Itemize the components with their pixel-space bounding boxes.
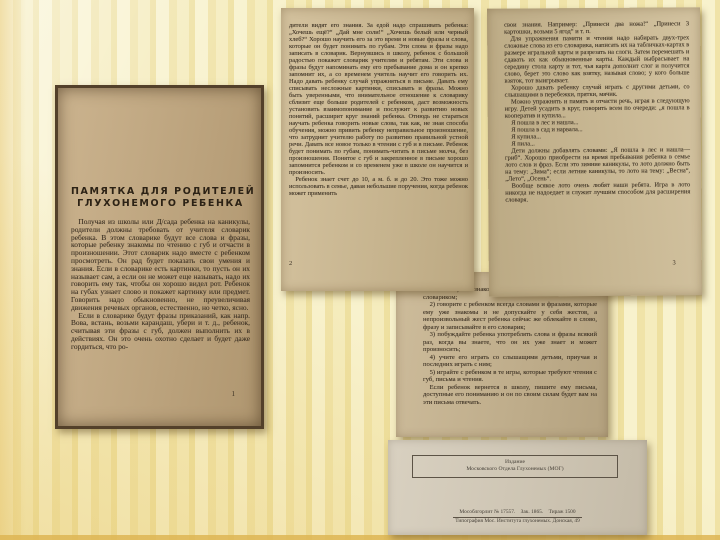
slide-canvas: Итак: 1) познакомьтесь хорошенько с клас… [0,0,720,540]
publisher-imprint-box: Издание Московского Отдела Глухонемых (М… [412,455,618,478]
cover-paper: ПАМЯТКА ДЛЯ РОДИТЕЛЕЙ ГЛУХОНЕМОГО РЕБЕНК… [58,88,261,426]
booklet-title-line1: ПАМЯТКА ДЛЯ РОДИТЕЛЕЙ [71,186,250,198]
page3-body-text: свои знания. Например: „Принеси два ножа… [504,20,690,203]
publisher-imprint-line2: Московского Отдела Глухонемых (МОГ) [417,466,613,473]
page2-number: 2 [289,260,292,267]
conclusions-body-text: Итак: 1) познакомьтесь хорошенько с клас… [423,286,597,406]
booklet-page-2: дители видят его знания. За едой надо сп… [281,8,474,291]
cover-body-text: Получая из школы или Д/сада ребенка на к… [71,218,250,351]
booklet-cover-page: ПАМЯТКА ДЛЯ РОДИТЕЛЕЙ ГЛУХОНЕМОГО РЕБЕНК… [55,85,264,429]
colophon-line1: Мособлгорлит № 17557. Зак. 1865. Тираж 1… [453,509,581,518]
booklet-back-cover: Издание Московского Отдела Глухонемых (М… [388,440,647,535]
booklet-page-conclusions: Итак: 1) познакомьтесь хорошенько с клас… [396,272,608,437]
page3-number: 3 [673,259,676,266]
cover-page-number: 1 [232,390,236,398]
page2-body-text: дители видят его знания. За едой надо сп… [289,22,468,197]
booklet-page-3: свои знания. Например: „Принеси два ножа… [487,7,702,296]
print-colophon: Мособлгорлит № 17557. Зак. 1865. Тираж 1… [388,500,647,525]
publisher-imprint-line1: Издание [417,459,613,466]
booklet-title-line2: ГЛУХОНЕМОГО РЕБЕНКА [71,198,250,210]
booklet-title: ПАМЯТКА ДЛЯ РОДИТЕЛЕЙ ГЛУХОНЕМОГО РЕБЕНК… [71,186,250,210]
colophon-line2: Типография Мос. Института глухонемых. До… [388,518,647,525]
